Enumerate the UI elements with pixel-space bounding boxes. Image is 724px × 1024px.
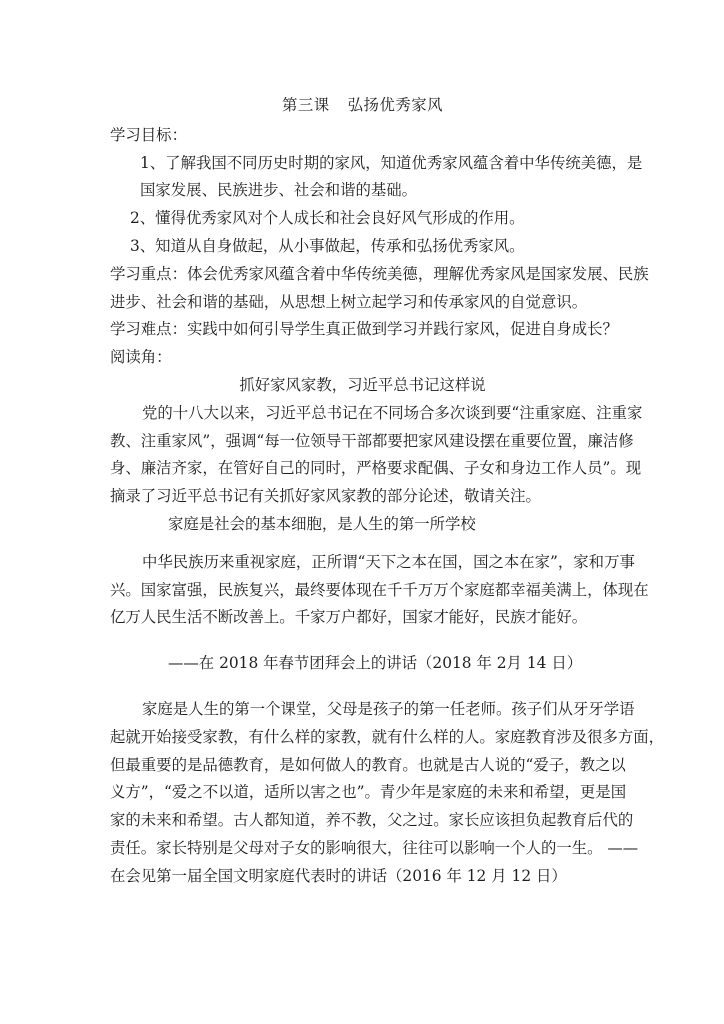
- quote-2-line-1: 家庭是人生的第一个课堂，父母是孩子的第一任老师。孩子们从牙牙学语: [110, 696, 615, 724]
- quote-1-source: ——在 2018 年春节团拜会上的讲话（2018 年 2月 14 日）: [110, 650, 615, 678]
- intro-line-4: 摘录了习近平总书记有关抓好家风家教的部分论述，敬请关注。: [110, 483, 615, 511]
- section-heading: 家庭是社会的基本细胞，是人生的第一所学校: [110, 511, 615, 539]
- objective-1-line-1: 1、了解我国不同历史时期的家风，知道优秀家风蕴含着中华传统美德，是: [110, 150, 615, 178]
- key-points-line-2: 进步、社会和谐的基础，从思想上树立起学习和传承家风的自觉意识。: [110, 289, 615, 317]
- difficulty: 学习难点：实践中如何引导学生真正做到学习并践行家风，促进自身成长？: [110, 316, 615, 344]
- quote-1: 中华民族历来重视家庭，正所谓“天下之本在国，国之本在家”，家和万事 兴。国家富强…: [110, 549, 615, 632]
- intro-line-3: 身、廉洁齐家，在管好自己的同时，严格要求配偶、子女和身边工作人员”。现: [110, 455, 615, 483]
- intro-line-2: 教、注重家风”，强调“每一位领导干部都要把家风建设摆在重要位置，廉洁修: [110, 428, 615, 456]
- reading-corner-label: 阅读角：: [110, 344, 615, 372]
- objective-3: 3、知道从自身做起，从小事做起，传承和弘扬优秀家风。: [110, 233, 615, 261]
- quote-2: 家庭是人生的第一个课堂，父母是孩子的第一任老师。孩子们从牙牙学语 起就开始接受家…: [110, 696, 615, 891]
- quote-2-line-3: 但最重要的是品德教育，是如何做人的教育。也就是古人说的“爱子，教之以: [110, 752, 615, 780]
- quote-2-line-4: 义方”，“爱之不以道，适所以害之也”。青少年是家庭的未来和希望，更是国: [110, 779, 615, 807]
- lesson-name: 弘扬优秀家风: [348, 96, 443, 114]
- quote-2-line-6: 责任。家长特别是父母对子女的影响很大，往往可以影响一个人的一生。 ——: [110, 835, 615, 863]
- key-points-line-1: 学习重点：体会优秀家风蕴含着中华传统美德，理解优秀家风是国家发展、民族: [110, 261, 615, 289]
- objective-1-line-2: 国家发展、民族进步、社会和谐的基础。: [110, 177, 615, 205]
- lesson-number: 第三课: [282, 96, 330, 114]
- quote-1-line-2: 兴。国家富强，民族复兴，最终要体现在千千万万个家庭都幸福美满上，体现在: [110, 577, 615, 605]
- intro-line-1: 党的十八大以来，习近平总书记在不同场合多次谈到要“注重家庭、注重家: [110, 400, 615, 428]
- key-points: 学习重点：体会优秀家风蕴含着中华传统美德，理解优秀家风是国家发展、民族 进步、社…: [110, 261, 615, 317]
- quote-2-line-2: 起就开始接受家教，有什么样的家教，就有什么样的人。家庭教育涉及很多方面，: [110, 724, 615, 752]
- document-page: 第三课弘扬优秀家风 学习目标： 1、了解我国不同历史时期的家风，知道优秀家风蕴含…: [110, 92, 615, 891]
- quote-1-line-3: 亿万人民生活不断改善上。千家万户都好，国家才能好，民族才能好。: [110, 604, 615, 632]
- quote-2-source: 在会见第一届全国文明家庭代表时的讲话（2016 年 12 月 12 日）: [110, 863, 615, 891]
- objective-2: 2、懂得优秀家风对个人成长和社会良好风气形成的作用。: [110, 205, 615, 233]
- quote-2-line-5: 家的未来和希望。古人都知道，养不教，父之过。家长应该担负起教育后代的: [110, 807, 615, 835]
- objectives-list: 1、了解我国不同历史时期的家风，知道优秀家风蕴含着中华传统美德，是 国家发展、民…: [110, 150, 615, 261]
- article-heading: 抓好家风家教，习近平总书记这样说: [110, 372, 615, 400]
- lesson-title: 第三课弘扬优秀家风: [110, 92, 615, 120]
- article-intro: 党的十八大以来，习近平总书记在不同场合多次谈到要“注重家庭、注重家 教、注重家风…: [110, 400, 615, 511]
- objectives-label: 学习目标：: [110, 122, 615, 150]
- quote-1-line-1: 中华民族历来重视家庭，正所谓“天下之本在国，国之本在家”，家和万事: [110, 549, 615, 577]
